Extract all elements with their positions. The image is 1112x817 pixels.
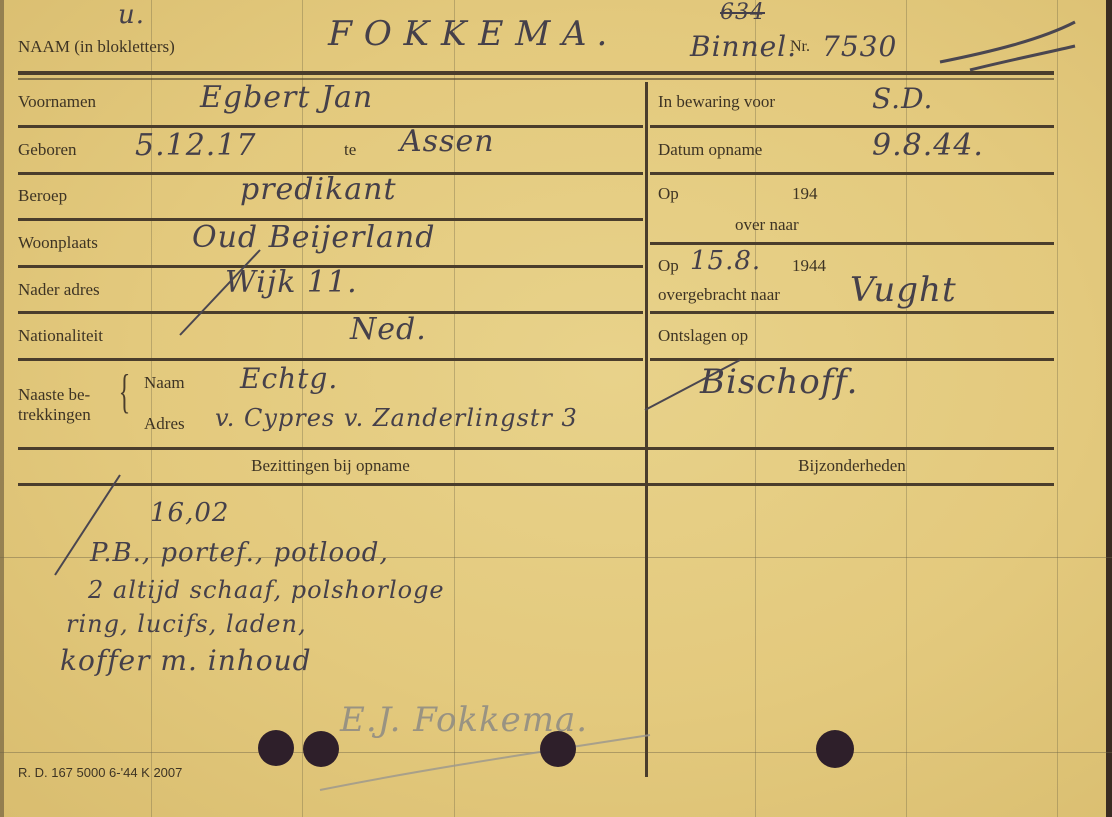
handwritten-strokes (0, 0, 1112, 817)
registration-card: u. NAAM (in blokletters) FOKKEMA. 634 Bi… (0, 0, 1112, 817)
punch-hole (540, 731, 576, 767)
punch-hole (816, 730, 854, 768)
print-code: R. D. 167 5000 6-'44 K 2007 (18, 765, 182, 780)
punch-hole (303, 731, 339, 767)
punch-hole (258, 730, 294, 766)
